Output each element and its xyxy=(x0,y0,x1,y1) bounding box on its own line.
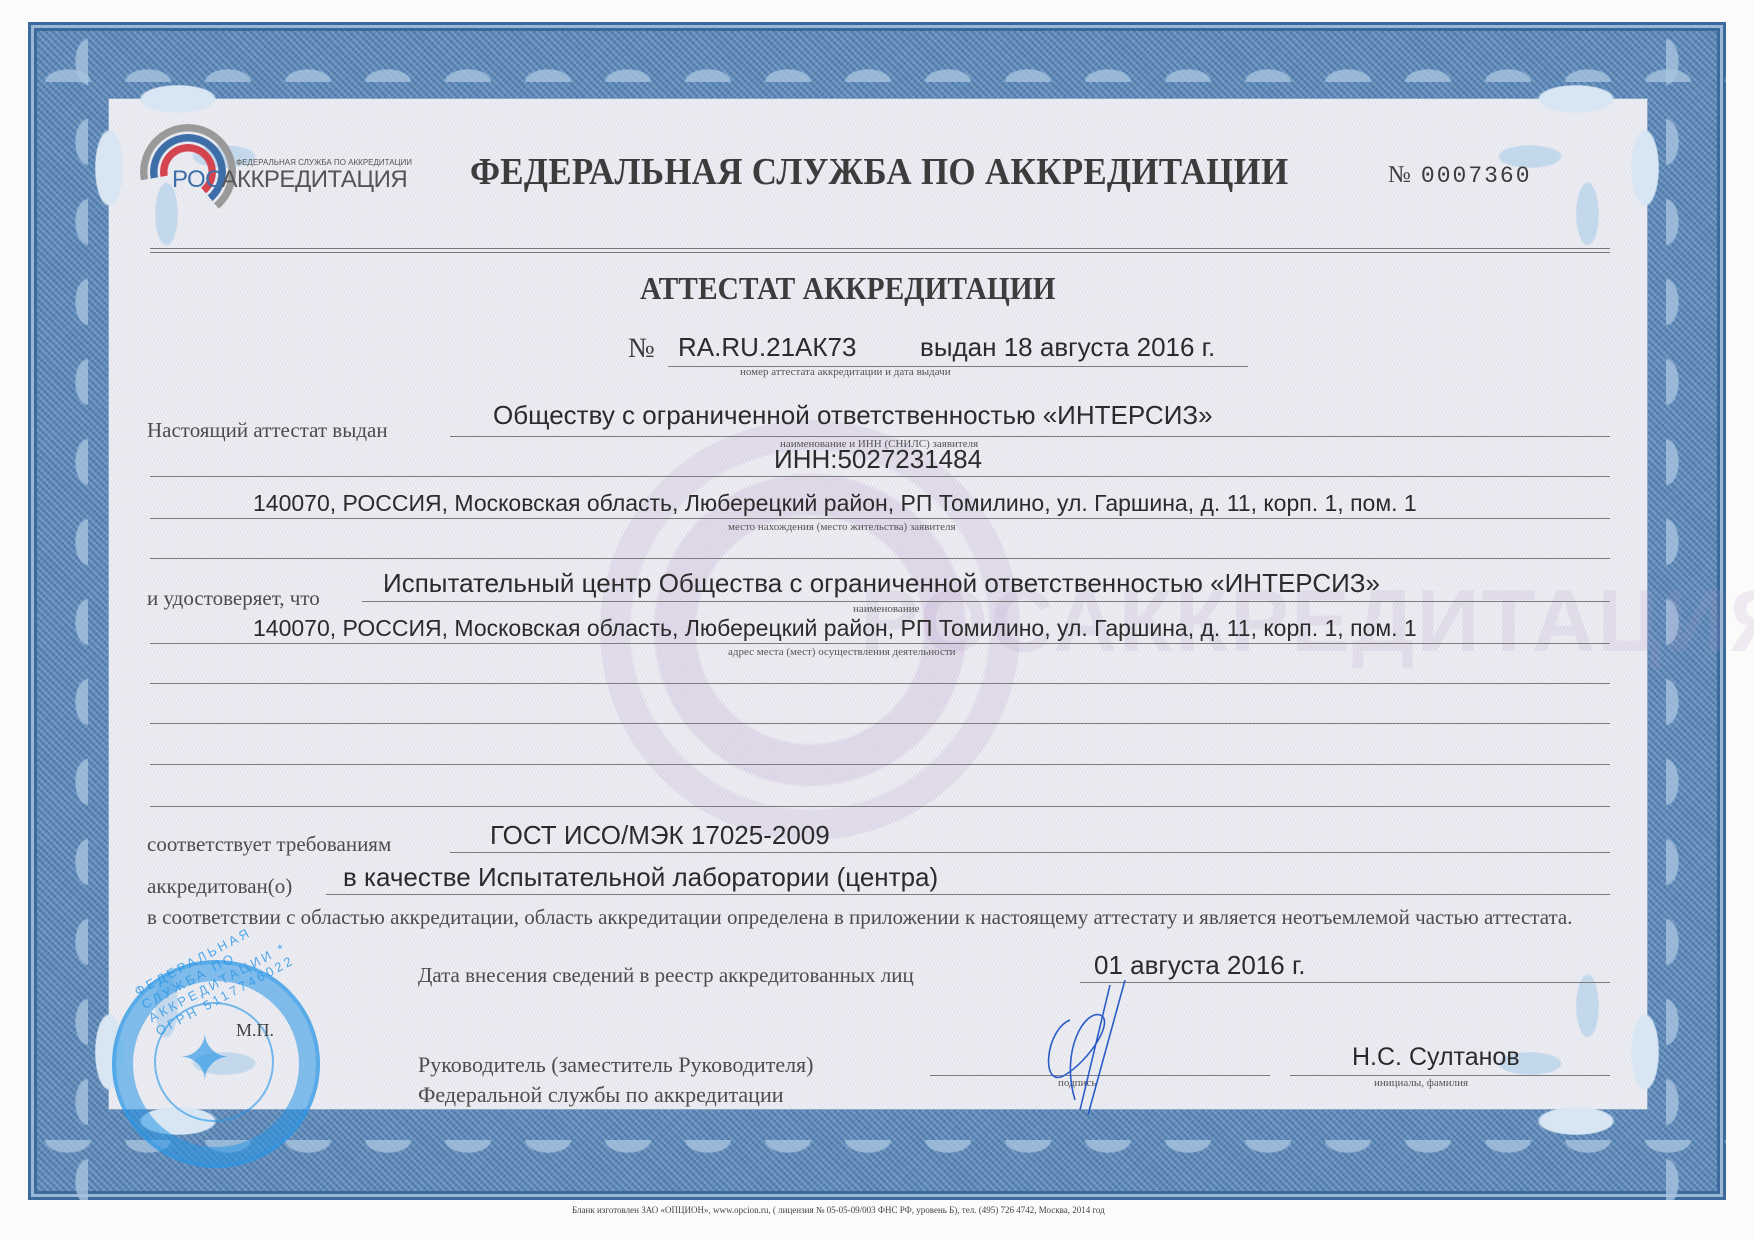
caption-number-date: номер аттестата аккредитации и дата выда… xyxy=(740,366,951,378)
label-issued-to: Настоящий аттестат выдан xyxy=(147,418,388,443)
border-wave-bottom xyxy=(28,1140,1726,1186)
applicant-inn: ИНН:5027231484 xyxy=(774,444,982,475)
applicant-address: 140070, РОССИЯ, Московская область, Любе… xyxy=(253,490,1417,517)
caption-body-name: наименование xyxy=(853,603,919,615)
caption-applicant-address: место нахождения (место жительства) заяв… xyxy=(728,521,956,533)
underline xyxy=(150,476,1610,477)
caption-signatory-name: инициалы, фамилия xyxy=(1374,1077,1468,1089)
name-line xyxy=(1290,1075,1610,1076)
caption-body-address: адрес места (мест) осуществления деятель… xyxy=(728,646,956,658)
applicant-name: Обществу с ограниченной ответственностью… xyxy=(493,400,1213,431)
official-stamp: ✦ ФЕДЕРАЛЬНАЯ СЛУЖБА ПО АККРЕДИТАЦИИ * О… xyxy=(112,960,320,1168)
certificate-number: RA.RU.21АК73 xyxy=(678,332,856,363)
printer-imprint: Бланк изготовлен ЗАО «ОПЦИОН», www.opcio… xyxy=(572,1205,1105,1215)
registry-date: 01 августа 2016 г. xyxy=(1094,950,1306,981)
agency-title: ФЕДЕРАЛЬНАЯ СЛУЖБА ПО АККРЕДИТАЦИИ xyxy=(470,150,1289,194)
logo-wordmark: РОСАККРЕДИТАЦИЯ xyxy=(172,166,407,194)
label-certifies: и удостоверяет, что xyxy=(147,586,320,611)
stamp-place-label: М.П. xyxy=(236,1020,274,1041)
underline xyxy=(150,643,1610,644)
standard: ГОСТ ИСО/МЭК 17025-2009 xyxy=(490,820,830,851)
issue-date: выдан 18 августа 2016 г. xyxy=(920,332,1215,363)
number-sign: № xyxy=(1388,162,1413,188)
underline xyxy=(326,894,1610,895)
header-divider xyxy=(150,248,1610,253)
leaf-ornament-icon xyxy=(1484,30,1714,260)
accredited-body-name: Испытательный центр Общества с ограничен… xyxy=(383,568,1380,599)
certificate-title: АТТЕСТАТ АККРЕДИТАЦИИ xyxy=(640,270,1056,307)
accredited-as: в качестве Испытательной лаборатории (це… xyxy=(343,862,938,893)
logo-prefix: РОС xyxy=(172,166,221,193)
blank-line xyxy=(150,764,1610,765)
underline xyxy=(450,852,1610,853)
border-wave-top xyxy=(28,36,1726,82)
signature-icon xyxy=(1040,980,1160,1120)
signatory-position: Руководитель (заместитель Руководителя) … xyxy=(418,1050,938,1110)
underline xyxy=(150,558,1610,559)
underline xyxy=(450,436,1610,437)
blank-line xyxy=(150,683,1610,684)
logo-name: АККРЕДИТАЦИЯ xyxy=(221,166,407,193)
number-sign: № xyxy=(628,333,655,365)
label-registry-date: Дата внесения сведений в реестр аккредит… xyxy=(418,963,914,988)
blank-line xyxy=(150,723,1610,724)
serial-number: № 0007360 xyxy=(1388,162,1532,189)
scope-statement: в соответствии с областью аккредитации, … xyxy=(147,904,1617,931)
serial-value: 0007360 xyxy=(1421,163,1532,189)
double-headed-eagle-icon: ✦ xyxy=(178,1022,232,1096)
accredited-body-address: 140070, РОССИЯ, Московская область, Любе… xyxy=(253,615,1417,642)
label-complies: соответствует требованиям xyxy=(147,832,391,857)
underline xyxy=(362,601,1610,602)
label-accredited: аккредитован(о) xyxy=(147,874,292,899)
underline xyxy=(150,518,1610,519)
signatory-name: Н.С. Султанов xyxy=(1352,1043,1520,1072)
blank-line xyxy=(150,806,1610,807)
